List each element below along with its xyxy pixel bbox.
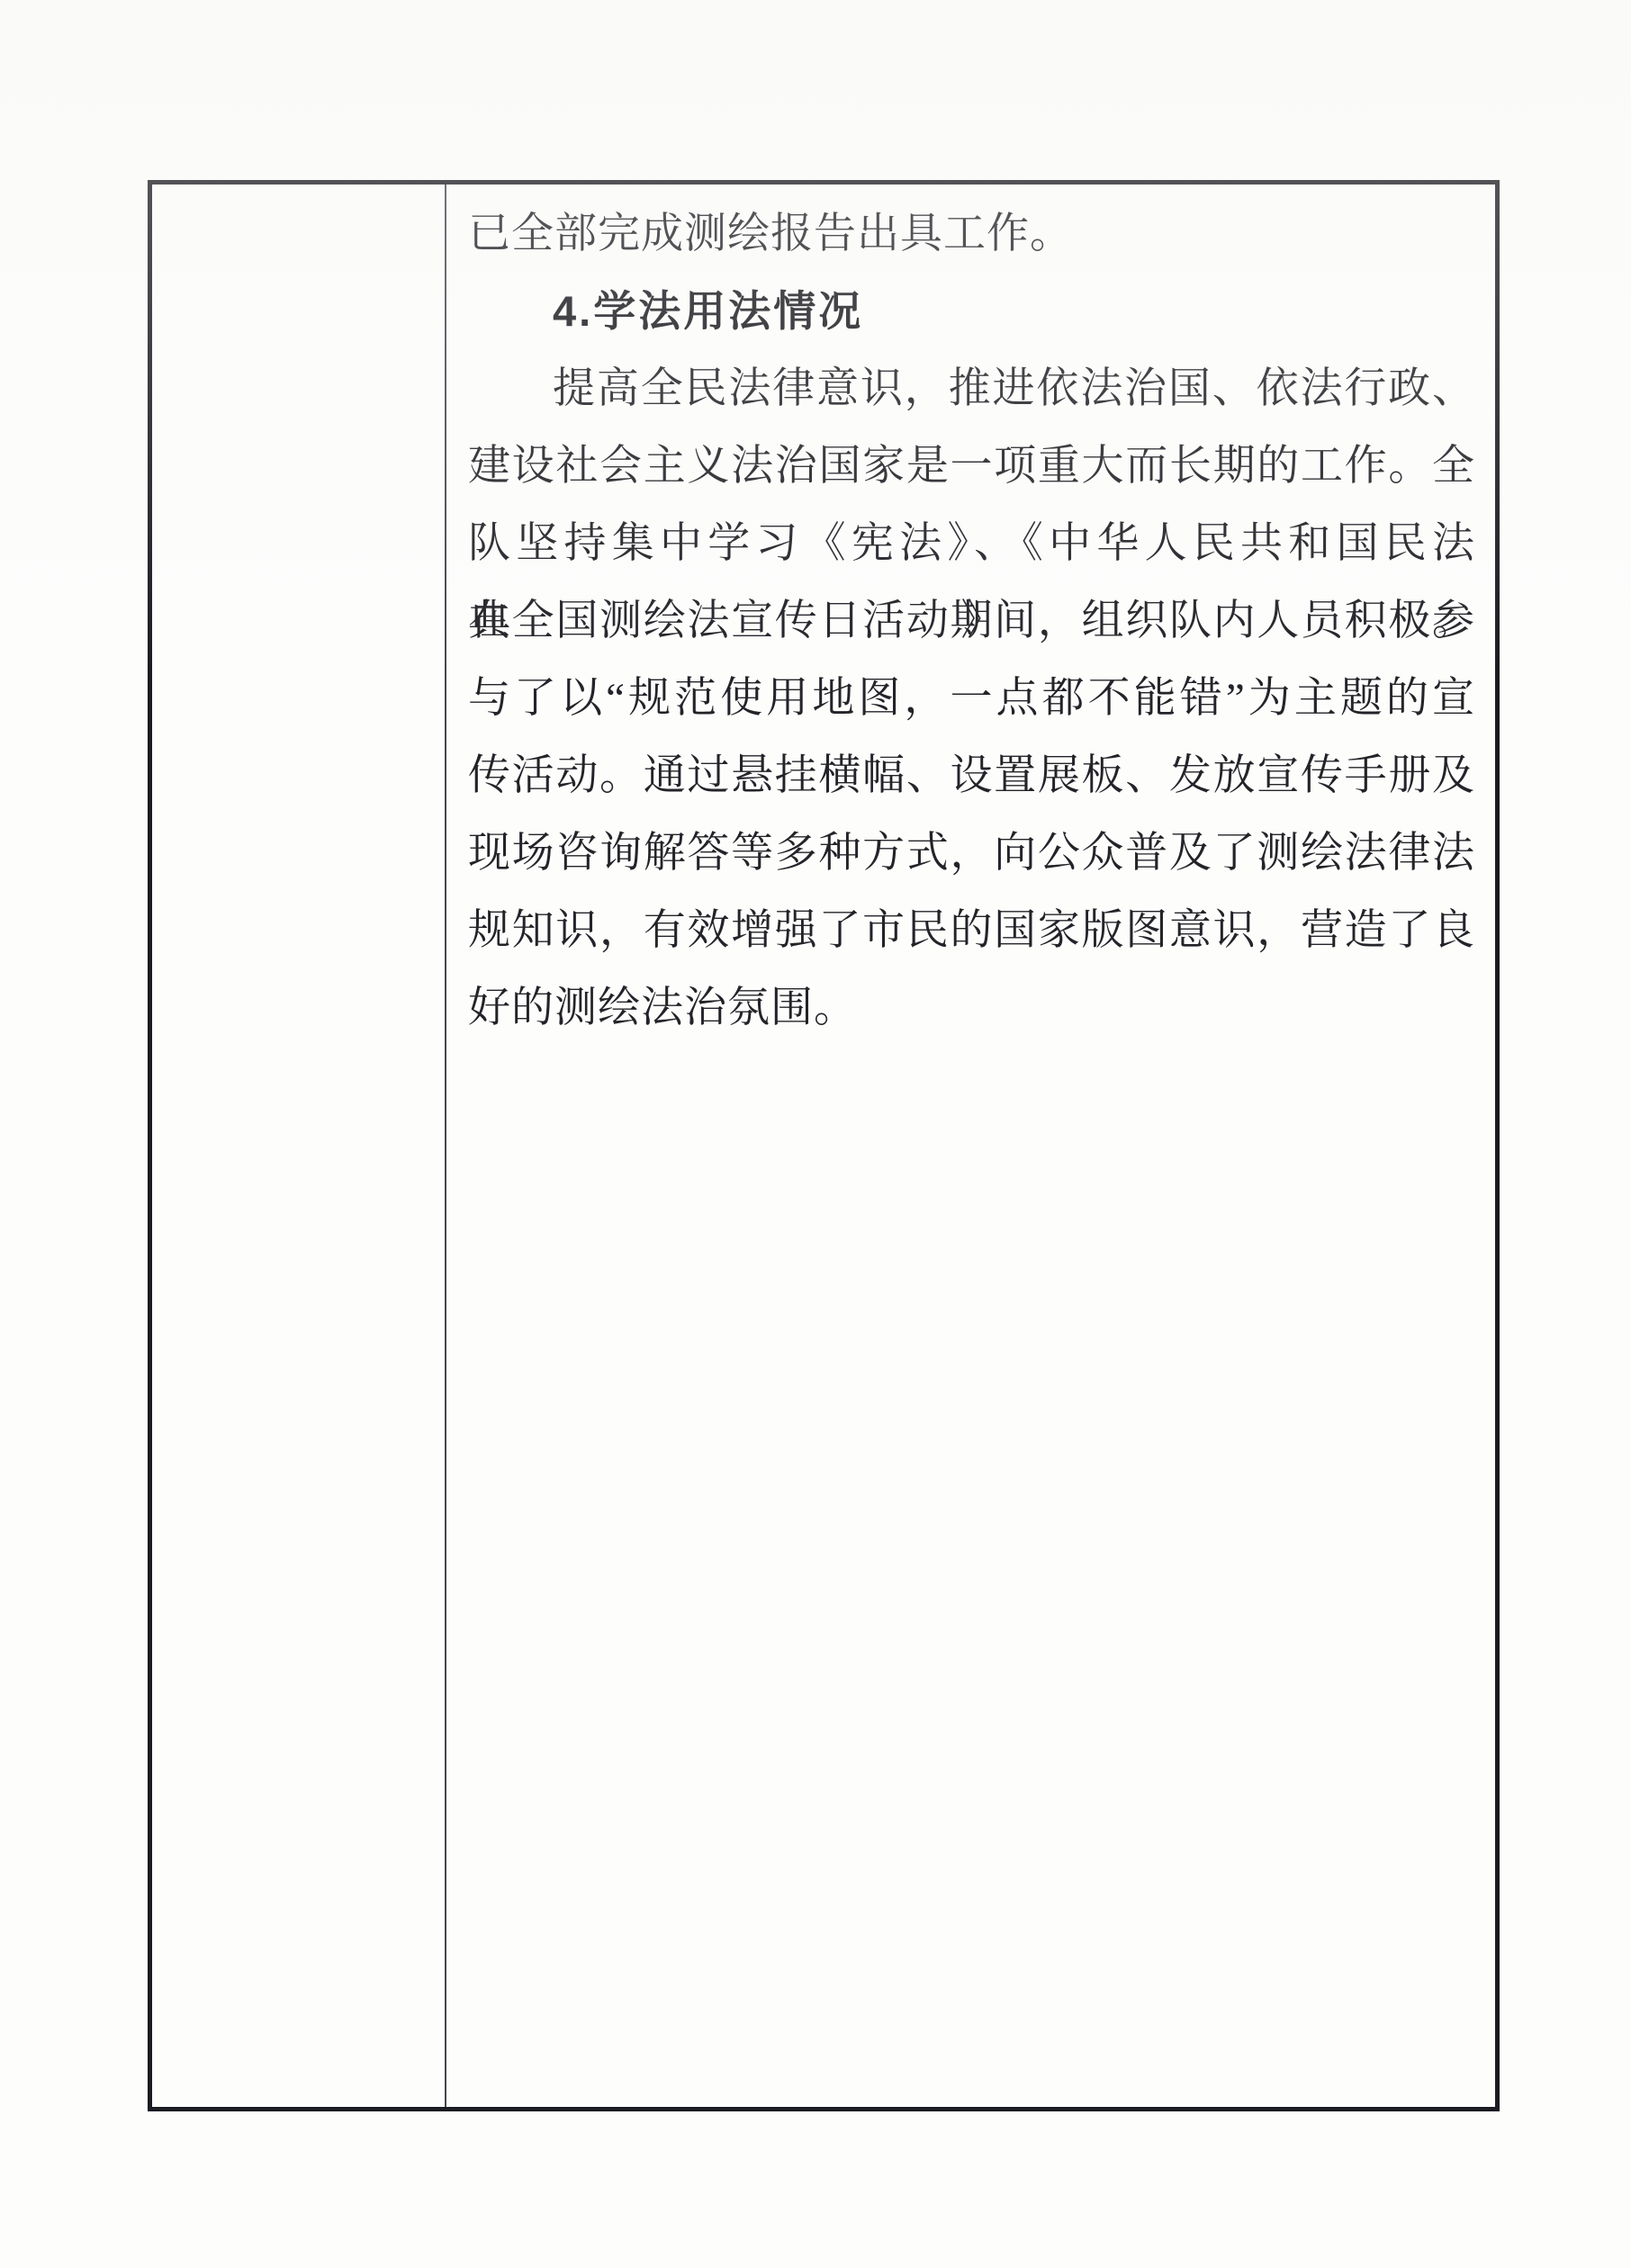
text-line: 在全国测绘法宣传日活动期间，组织队内人员积极参 (468, 582, 1475, 660)
text-line: 现场咨询解答等多种方式，向公众普及了测绘法律法 (468, 814, 1475, 892)
text-line: 建设社会主义法治国家是一项重大而长期的工作。全 (468, 427, 1475, 505)
text-line: 与了以“规范使用地图，一点都不能错”为主题的宣 (468, 660, 1475, 737)
form-table: 已全部完成测绘报告出具工作。 4.学法用法情况 提高全民法律意识，推进依法治国、… (148, 180, 1500, 2111)
text-line: 队坚持集中学习《宪法》、《中华人民共和国民法典》。 (468, 505, 1475, 582)
text-line: 已全部完成测绘报告出具工作。 (468, 195, 1475, 273)
text-line: 好的测绘法治氛围。 (468, 969, 1475, 1047)
scanned-document-page: 已全部完成测绘报告出具工作。 4.学法用法情况 提高全民法律意识，推进依法治国、… (0, 0, 1631, 2268)
text-line: 规知识，有效增强了市民的国家版图意识，营造了良 (468, 892, 1475, 969)
section-heading: 4.学法用法情况 (468, 273, 1475, 350)
table-cell-label-column (152, 184, 446, 2107)
text-line: 传活动。通过悬挂横幅、设置展板、发放宣传手册及 (468, 737, 1475, 814)
text-line: 提高全民法律意识，推进依法治国、依法行政、 (468, 350, 1475, 427)
table-cell-content-column: 已全部完成测绘报告出具工作。 4.学法用法情况 提高全民法律意识，推进依法治国、… (446, 184, 1495, 2107)
